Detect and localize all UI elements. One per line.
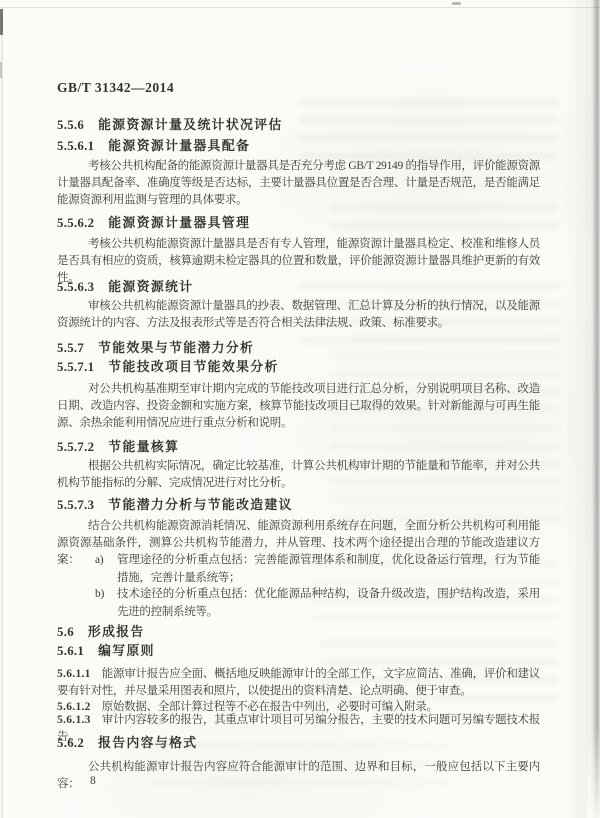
- clause-title: 编写原则: [98, 644, 155, 658]
- clause-title: 能源资源计量器具管理: [108, 216, 250, 230]
- paragraph-5-5-7-1: 对公共机构基准期至审计期内完成的节能技改项目进行汇总分析，分别说明项目名称、改造…: [57, 381, 540, 432]
- section-heading-5-5-6-1: 5.5.6.1能源资源计量器具配备: [57, 139, 540, 154]
- standard-number-header: GB/T 31342—2014: [57, 79, 540, 96]
- section-heading-5-6-1: 5.6.1编写原则: [57, 644, 540, 659]
- clause-number: 5.5.6.3: [57, 280, 94, 294]
- clause-title: 能源资源计量器具配备: [108, 139, 250, 153]
- section-heading-5-5-7-1: 5.5.7.1节能技改项目节能效果分析: [57, 360, 540, 375]
- clause-paragraph-5-6-1-1: 5.6.1.1能源审计报告应全面、概括地反映能源审计的全部工作，文字应简洁、准确…: [57, 666, 540, 700]
- list-marker: a): [95, 551, 103, 569]
- list-marker: b): [95, 585, 104, 603]
- clause-number: 5.5.7.1: [57, 360, 94, 374]
- scan-speck: [452, 2, 461, 5]
- clause-number: 5.5.6.2: [57, 216, 94, 230]
- clause-number: 5.5.7: [57, 341, 84, 355]
- page-number: 8: [90, 775, 96, 787]
- section-heading-5-6-2: 5.6.2报告内容与格式: [57, 736, 540, 751]
- clause-title: 节能效果与节能潜力分析: [98, 341, 254, 355]
- clause-number: 5.6.1.1: [57, 668, 91, 680]
- clause-number: 5.6.2: [57, 736, 84, 750]
- section-heading-5-5-7-2: 5.5.7.2节能量核算: [57, 440, 540, 455]
- clause-number: 5.5.6.1: [57, 139, 94, 153]
- section-heading-5-5-7: 5.5.7节能效果与节能潜力分析: [57, 341, 540, 356]
- clause-title: 节能技改项目节能效果分析: [108, 360, 278, 374]
- scanned-document-page: GB/T 31342—2014 5.5.6能源资源计量及统计状况评估 5.5.6…: [0, 0, 600, 818]
- section-heading-5-6: 5.6形成报告: [57, 625, 540, 640]
- scan-left-edge-line: [1, 8, 3, 818]
- paragraph-5-5-7-2: 根据公共机构实际情况，确定比较基准，计算公共机构审计期的节能量和节能率，并对公共…: [57, 458, 540, 492]
- page-edge-shadow: [587, 0, 600, 818]
- list-item-a: a)管理途径的分析重点包括：完善能源管理体系和制度，优化设备运行管理，行为节能措…: [57, 551, 540, 587]
- clause-number: 5.6.1.3: [57, 714, 91, 726]
- clause-title: 能源资源计量及统计状况评估: [98, 118, 283, 132]
- clause-text: 能源审计报告应全面、概括地反映能源审计的全部工作，文字应简洁、准确，评价和建议要…: [57, 668, 540, 697]
- list-text: 技术途径的分析重点包括：优化能源品种结构，设备升级改造，围护结构改造，采用先进的…: [117, 588, 540, 618]
- clause-title: 报告内容与格式: [98, 736, 197, 750]
- clause-title: 节能潜力分析与节能改造建议: [108, 498, 293, 512]
- scan-left-small-mark: [0, 62, 2, 78]
- clause-number: 5.5.7.3: [57, 498, 94, 512]
- clause-title: 节能量核算: [108, 440, 179, 454]
- clause-number: 5.6: [57, 625, 74, 639]
- clause-number: 5.6.1: [57, 644, 84, 658]
- paragraph-5-6-2: 公共机构能源审计报告内容应符合能源审计的范围、边界和目标，一般应包括以下主要内容…: [57, 759, 540, 793]
- bleedthrough-artifact: [330, 352, 560, 522]
- list-item-b: b)技术途径的分析重点包括：优化能源品种结构，设备升级改造，围护结构改造，采用先…: [57, 585, 540, 621]
- section-heading-5-5-6: 5.5.6能源资源计量及统计状况评估: [57, 118, 540, 133]
- clause-number: 5.5.7.2: [57, 440, 94, 454]
- scan-top-edge-line: [0, 7, 600, 8]
- clause-number: 5.5.6: [57, 118, 84, 132]
- section-heading-5-5-6-3: 5.5.6.3能源资源统计: [57, 280, 540, 295]
- scan-left-dark-mark: [0, 9, 3, 35]
- section-heading-5-5-6-2: 5.5.6.2能源资源计量器具管理: [57, 216, 540, 231]
- paragraph-5-5-6-1: 考核公共机构配备的能源资源计量器具是否充分考虑 GB/T 29149 的指导作用…: [57, 158, 540, 209]
- clause-title: 能源资源统计: [108, 280, 193, 294]
- section-heading-5-5-7-3: 5.5.7.3节能潜力分析与节能改造建议: [57, 498, 540, 513]
- clause-title: 形成报告: [88, 625, 145, 639]
- list-text: 管理途径的分析重点包括：完善能源管理体系和制度，优化设备运行管理，行为节能措施，…: [117, 554, 540, 584]
- page-edge-shadow-fade: [587, 728, 600, 818]
- paragraph-5-5-6-3: 审核公共机构能源资源计量器具的抄表、数据管理、汇总计算及分析的执行情况，以及能源…: [57, 298, 540, 332]
- page-edge-shadow-soft: [562, 0, 588, 818]
